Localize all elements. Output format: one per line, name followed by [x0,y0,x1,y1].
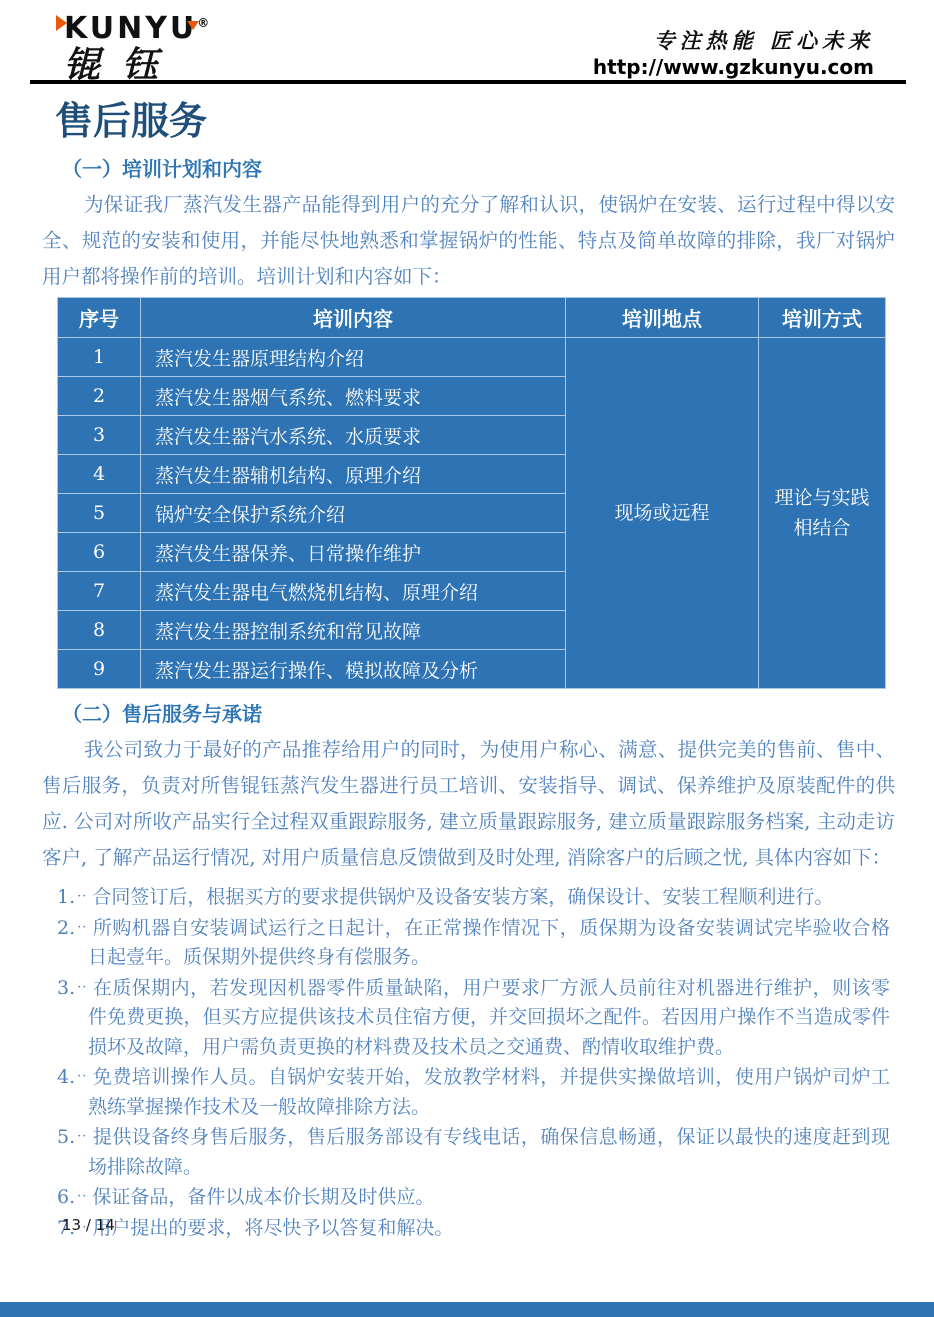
brand-calligraphy: 锟钰 [64,44,209,86]
list-item-text: 提供设备终身售后服务，售后服务部设有专线电话，确保信息畅通，保证以最快的速度赶到… [88,1126,890,1178]
row-content: 蒸汽发生器烟气系统、燃料要求 [141,377,566,416]
service-list: 1.··合同签订后，根据买方的要求提供锅炉及设备安装方案，确保设计、安装工程顺利… [57,882,890,1243]
list-item-dots: ·· [77,1129,87,1144]
method-line1: 理论与实践 [759,483,885,513]
row-num: 9 [58,650,141,689]
list-item-number: 4. [57,1066,75,1088]
table-header-location: 培训地点 [566,298,759,338]
list-item: 6.··保证备品，备件以成本价长期及时供应。 [57,1182,890,1213]
method-cell: 理论与实践 相结合 [759,338,886,689]
table-header-method: 培训方式 [759,298,886,338]
page-header: KUNYU® 锟钰 专注热能 匠心未来 http://www.gzkunyu.c… [0,0,934,78]
section2-intro: 我公司致力于最好的产品推荐给用户的同时，为使用户称心、满意、提供完美的售前、售中… [42,732,895,876]
row-num: 2 [58,377,141,416]
list-item-dots: ·· [77,1069,87,1084]
list-item-dots: ·· [77,980,87,995]
row-num: 1 [58,338,141,377]
table-header-row: 序号 培训内容 培训地点 培训方式 [58,298,886,338]
row-num: 3 [58,416,141,455]
list-item-number: 2. [57,917,75,939]
list-item-number: 1. [57,886,75,908]
list-item-text: 保证备品，备件以成本价长期及时供应。 [92,1186,434,1208]
table-header-content: 培训内容 [141,298,566,338]
row-num: 7 [58,572,141,611]
list-item-number: 6. [57,1186,75,1208]
brand-wordmark: KUNYU® [64,8,209,44]
list-item-dots: ·· [77,920,87,935]
list-item: 7.··用户提出的要求，将尽快予以答复和解决。 [57,1213,890,1244]
list-item: 3.··在质保期内，若发现因机器零件质量缺陷，用户要求厂方派人员前往对机器进行维… [57,973,890,1063]
section1-heading: （一）培训计划和内容 [62,156,934,182]
page-title: 售后服务 [55,98,934,144]
training-table: 序号 培训内容 培训地点 培训方式 1 蒸汽发生器原理结构介绍 现场或远程 理论… [57,297,886,689]
row-content: 蒸汽发生器原理结构介绍 [141,338,566,377]
list-item-dots: ·· [77,889,87,904]
list-item-number: 3. [57,977,75,999]
list-item-dots: ·· [77,1189,87,1204]
table-header-num: 序号 [58,298,141,338]
section2-heading: （二）售后服务与承诺 [62,701,934,727]
location-cell: 现场或远程 [566,338,759,689]
list-item-text: 所购机器自安装调试运行之日起计，在正常操作情况下，质保期为设备安装调试完毕验收合… [88,917,890,969]
footer-bar [0,1302,934,1317]
row-num: 6 [58,533,141,572]
document-page: KUNYU® 锟钰 专注热能 匠心未来 http://www.gzkunyu.c… [0,0,934,1317]
list-item-text: 免费培训操作人员。自锅炉安装开始，发放教学材料，并提供实操做培训，使用户锅炉司炉… [88,1066,890,1118]
row-content: 蒸汽发生器电气燃烧机结构、原理介绍 [141,572,566,611]
list-item: 2.··所购机器自安装调试运行之日起计，在正常操作情况下，质保期为设备安装调试完… [57,913,890,973]
row-content: 蒸汽发生器辅机结构、原理介绍 [141,455,566,494]
page-number: 13 / 14 [62,1216,115,1234]
row-content: 蒸汽发生器运行操作、模拟故障及分析 [141,650,566,689]
company-slogan: 专注热能 匠心未来 [593,28,874,54]
row-content: 蒸汽发生器保养、日常操作维护 [141,533,566,572]
list-item-number: 5. [57,1126,75,1148]
row-num: 4 [58,455,141,494]
method-line2: 相结合 [759,513,885,543]
company-logo: KUNYU® 锟钰 [64,8,209,86]
section1-intro: 为保证我厂蒸汽发生器产品能得到用户的充分了解和认识，使锅炉在安装、运行过程中得以… [42,187,895,295]
logo-accent-icon [56,15,67,31]
row-num: 5 [58,494,141,533]
registered-mark: ® [197,16,209,30]
brand-text: KUNYU [64,11,197,46]
row-content: 锅炉安全保护系统介绍 [141,494,566,533]
table-row: 1 蒸汽发生器原理结构介绍 现场或远程 理论与实践 相结合 [58,338,886,377]
list-item: 5.··提供设备终身售后服务，售后服务部设有专线电话，确保信息畅通，保证以最快的… [57,1122,890,1182]
list-item-text: 合同签订后，根据买方的要求提供锅炉及设备安装方案，确保设计、安装工程顺利进行。 [92,886,833,908]
list-item: 4.··免费培训操作人员。自锅炉安装开始，发放教学材料，并提供实操做培训，使用户… [57,1062,890,1122]
row-num: 8 [58,611,141,650]
list-item: 1.··合同签订后，根据买方的要求提供锅炉及设备安装方案，确保设计、安装工程顺利… [57,882,890,913]
website-url-link[interactable]: http://www.gzkunyu.com [593,54,874,80]
header-right: 专注热能 匠心未来 http://www.gzkunyu.com [593,28,874,80]
row-content: 蒸汽发生器汽水系统、水质要求 [141,416,566,455]
list-item-text: 在质保期内，若发现因机器零件质量缺陷，用户要求厂方派人员前往对机器进行维护，则该… [88,977,890,1058]
list-item-text: 用户提出的要求，将尽快予以答复和解决。 [92,1217,453,1239]
logo-accent-icon [187,21,199,30]
row-content: 蒸汽发生器控制系统和常见故障 [141,611,566,650]
